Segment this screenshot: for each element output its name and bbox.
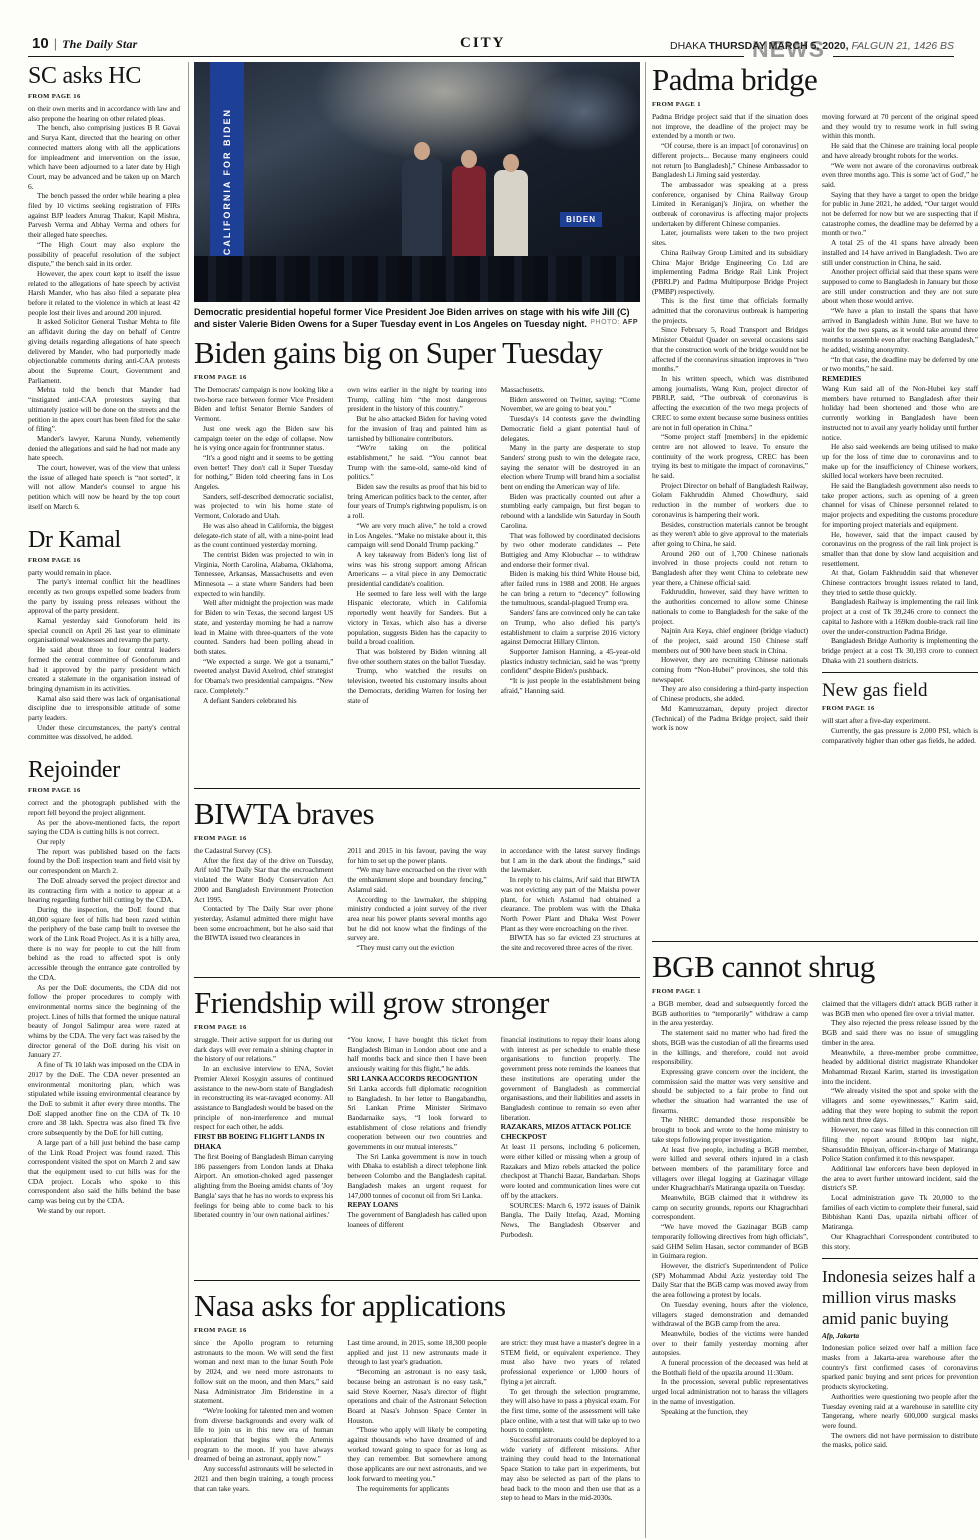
biden-photo: CALIFORNIA FOR BIDEN BIDEN xyxy=(194,62,640,302)
from-page-tag: FROM PAGE 16 xyxy=(194,835,640,842)
from-page-tag: FROM PAGE 1 xyxy=(652,101,978,108)
section-divider xyxy=(194,788,640,789)
from-page-tag: FROM PAGE 16 xyxy=(194,1327,640,1334)
center-column: CALIFORNIA FOR BIDEN BIDEN Democratic pr… xyxy=(194,62,640,1538)
article-title: Friendship will grow stronger xyxy=(194,985,640,1021)
from-page-tag: FROM PAGE 16 xyxy=(194,374,640,381)
article-body: party would remain in place.The party's … xyxy=(28,568,180,743)
article-title: Nasa asks for applications xyxy=(194,1288,640,1324)
article-biden-col-3: Massachusetts.Biden answered on Twitter,… xyxy=(501,385,640,781)
article-body: on their own merits and in accordance wi… xyxy=(28,104,180,512)
photo-caption: Democratic presidential hopeful former V… xyxy=(194,302,640,332)
section-divider xyxy=(652,941,978,942)
from-page-tag: FROM PAGE 16 xyxy=(28,93,180,100)
article-bgb-col-2-wrap: claimed that the villagers didn't attack… xyxy=(822,999,978,1450)
section-divider xyxy=(194,977,640,978)
article-nasa-col-2: Last time around, in 2015, some 18,300 p… xyxy=(347,1338,486,1538)
from-page-tag: FROM PAGE 16 xyxy=(194,1024,640,1031)
section-divider xyxy=(822,1258,978,1259)
article-bgb: BGB cannot shrug FROM PAGE 1 a BGB membe… xyxy=(652,949,978,1450)
article-friendship: Friendship will grow stronger FROM PAGE … xyxy=(194,985,640,1273)
article-biwta-col-2: 2011 and 2015 in his favour, paving the … xyxy=(347,846,486,970)
from-page-tag: FROM PAGE 1 xyxy=(652,988,978,995)
page-header: 10|The Daily Star CITY NEWS DHAKA THURSD… xyxy=(28,30,954,57)
vertical-rule-right xyxy=(645,62,646,1538)
divider: | xyxy=(54,36,57,51)
article-title: Indonesia seizes half a million virus ma… xyxy=(822,1266,978,1329)
article-biden: Biden gains big on Super Tuesday FROM PA… xyxy=(194,335,640,781)
article-padma-col-1: Padma Bridge project said that if the si… xyxy=(652,112,808,934)
vertical-rule-left xyxy=(188,62,189,1460)
byline: Afp, Jakarta xyxy=(822,1332,978,1340)
section-divider xyxy=(822,672,978,673)
article-biwta-col-3: in accordance with the latest survey fin… xyxy=(501,846,640,970)
dateline: DHAKA THURSDAY MARCH 5, 2020, FALGUN 21,… xyxy=(670,40,954,52)
from-page-tag: FROM PAGE 16 xyxy=(28,557,180,564)
article-title: Rejoinder xyxy=(28,756,180,784)
article-columns: the Cadastral Survey (CS).After the firs… xyxy=(194,846,640,970)
dateline-city: DHAKA xyxy=(670,40,709,52)
dateline-date: THURSDAY MARCH 5, 2020, xyxy=(709,40,852,52)
article-bgb-col-2: claimed that the villagers didn't attack… xyxy=(822,999,978,1251)
newspaper-page: 10|The Daily Star CITY NEWS DHAKA THURSD… xyxy=(0,0,980,1540)
article-padma-col-2-wrap: moving forward at 70 percent of the orig… xyxy=(822,112,978,934)
section-label-city: CITY xyxy=(460,35,506,52)
crowd-silhouette xyxy=(194,256,640,302)
article-friendship-col-1: struggle. Their active support for us du… xyxy=(194,1035,333,1273)
article-columns: a BGB member, dead and subsequently forc… xyxy=(652,999,978,1450)
from-page-tag: FROM PAGE 16 xyxy=(28,787,180,794)
article-nasa-col-3: are strict: they must have a master's de… xyxy=(501,1338,640,1538)
article-columns: The Democrats' campaign is now looking l… xyxy=(194,385,640,781)
article-biwta: BIWTA braves FROM PAGE 16 the Cadastral … xyxy=(194,796,640,970)
article-body: correct and the photograph published wit… xyxy=(28,798,180,1215)
article-title: Padma bridge xyxy=(652,62,978,98)
photo-credit: PHOTO: AFP xyxy=(590,317,638,329)
article-title: Dr Kamal xyxy=(28,526,180,554)
article-nasa: Nasa asks for applications FROM PAGE 16 … xyxy=(194,1288,640,1538)
article-columns: since the Apollo program to returning as… xyxy=(194,1338,640,1538)
masthead: The Daily Star xyxy=(62,37,137,51)
article-title: BGB cannot shrug xyxy=(652,949,978,985)
article-bgb-col-1: a BGB member, dead and subsequently forc… xyxy=(652,999,808,1450)
article-biden-col-2: own wins earlier in the night by tearing… xyxy=(347,385,486,781)
article-title: New gas field xyxy=(822,680,978,702)
article-columns: struggle. Their active support for us du… xyxy=(194,1035,640,1273)
article-padma-col-2: moving forward at 70 percent of the orig… xyxy=(822,112,978,665)
article-title: SC asks HC xyxy=(28,62,180,90)
article-new-gas-field: New gas field FROM PAGE 16 will start af… xyxy=(822,680,978,745)
article-friendship-col-3: financial institutions to repay their lo… xyxy=(501,1035,640,1273)
dateline-bs: FALGUN 21, 1426 BS xyxy=(851,40,954,52)
from-page-tag: FROM PAGE 16 xyxy=(822,705,978,712)
article-title: BIWTA braves xyxy=(194,796,640,832)
article-rejoinder: Rejoinder FROM PAGE 16 correct and the p… xyxy=(28,756,180,1215)
header-left: 10|The Daily Star xyxy=(32,35,138,52)
page-number: 10 xyxy=(32,35,49,52)
biden-sign: BIDEN xyxy=(560,212,602,227)
right-column: Padma bridge FROM PAGE 1 Padma Bridge pr… xyxy=(652,62,978,1538)
article-sc-asks-hc: SC asks HC FROM PAGE 16 on their own mer… xyxy=(28,62,180,512)
stage-light-2 xyxy=(524,72,640,152)
article-friendship-col-2: “You know, I have bought this ticket fro… xyxy=(347,1035,486,1273)
article-padma: Padma bridge FROM PAGE 1 Padma Bridge pr… xyxy=(652,62,978,934)
article-title: Biden gains big on Super Tuesday xyxy=(194,335,640,371)
caption-text: Democratic presidential hopeful former V… xyxy=(194,306,640,330)
banner-text: CALIFORNIA FOR BIDEN xyxy=(222,108,232,255)
left-column: SC asks HC FROM PAGE 16 on their own mer… xyxy=(28,62,180,1538)
article-body: Indonesian police seized over half a mil… xyxy=(822,1343,978,1450)
article-nasa-col-1: since the Apollo program to returning as… xyxy=(194,1338,333,1538)
article-columns: Padma Bridge project said that if the si… xyxy=(652,112,978,934)
article-biden-col-1: The Democrats' campaign is now looking l… xyxy=(194,385,333,781)
article-biwta-col-1: the Cadastral Survey (CS).After the firs… xyxy=(194,846,333,970)
article-indonesia: Indonesia seizes half a million virus ma… xyxy=(822,1266,978,1450)
article-body: will start after a five-day experiment.C… xyxy=(822,716,978,745)
article-dr-kamal: Dr Kamal FROM PAGE 16 party would remain… xyxy=(28,526,180,743)
section-divider xyxy=(194,1280,640,1281)
